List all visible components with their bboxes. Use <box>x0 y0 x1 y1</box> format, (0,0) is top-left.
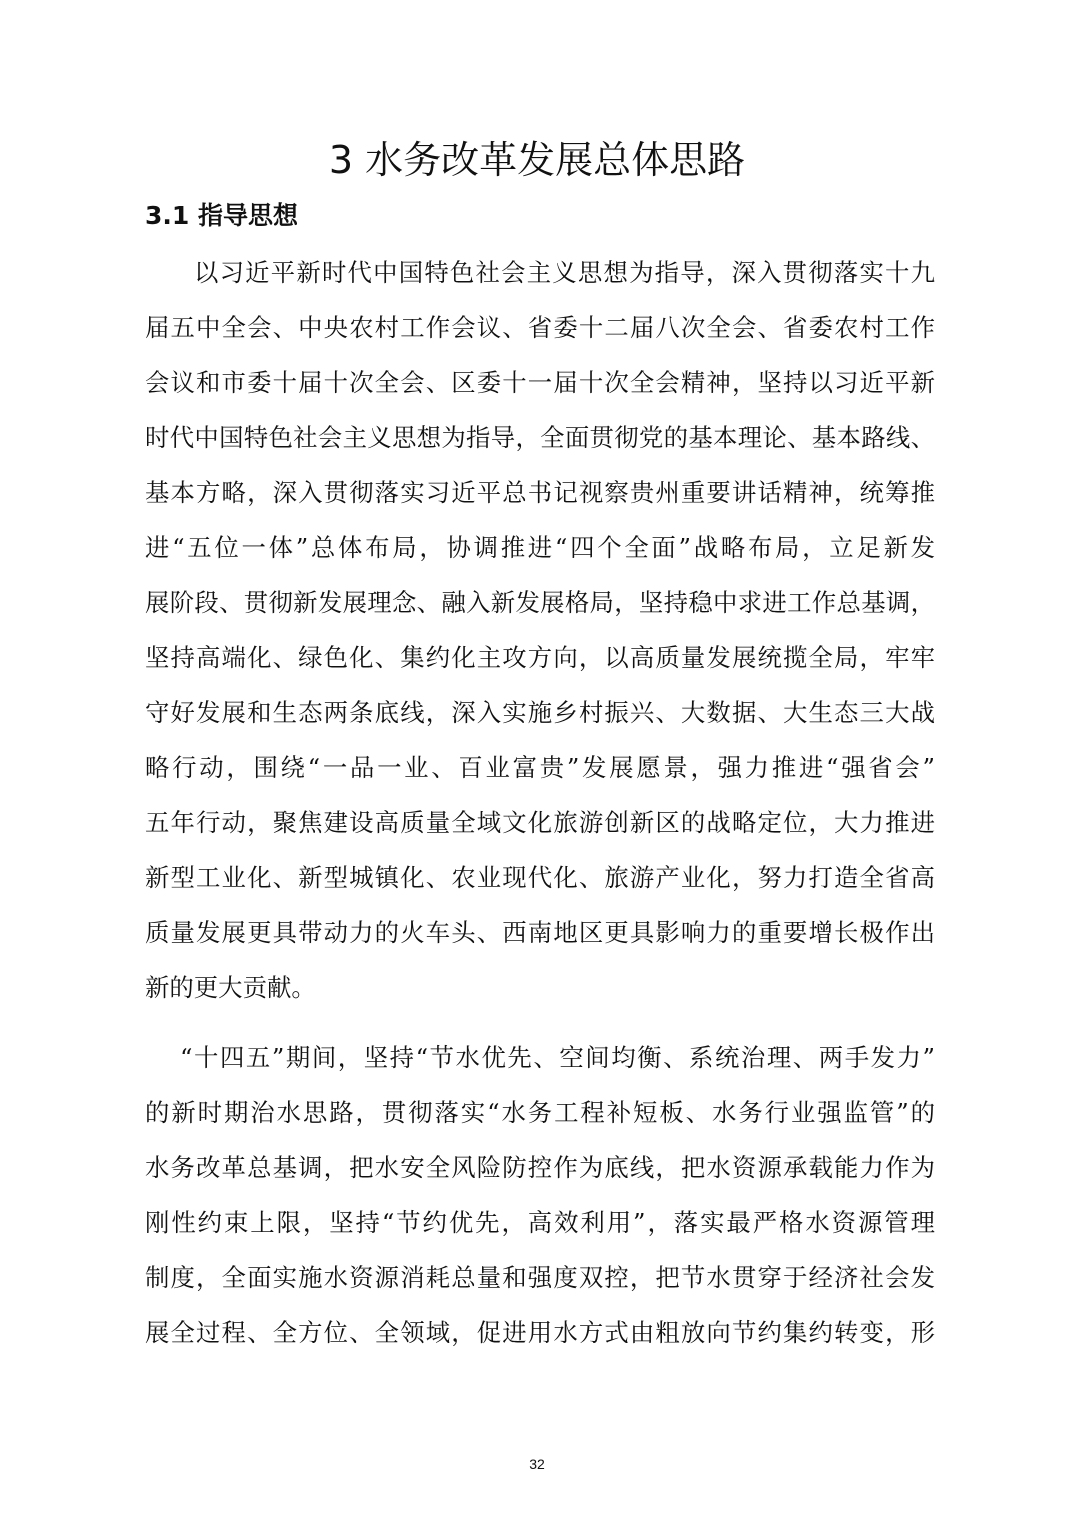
text-line: “十四五”期间，坚持“节水优先、空间均衡、系统治理、两手发力” <box>180 1040 935 1076</box>
text-line: 进“五位一体”总体布局，协调推进“四个全面”战略布局，立足新发 <box>145 530 935 566</box>
text-line: 时代中国特色社会主义思想为指导，全面贯彻党的基本理论、基本路线、 <box>145 420 935 456</box>
text-line: 新的更大贡献。 <box>145 970 935 1006</box>
text-line: 展阶段、贯彻新发展理念、融入新发展格局，坚持稳中求进工作总基调， <box>145 585 935 621</box>
page-number: 32 <box>0 1456 1074 1472</box>
text-line: 略行动，围绕“一品一业、百业富贵”发展愿景，强力推进“强省会” <box>145 750 935 786</box>
text-line: 届五中全会、中央农村工作会议、省委十二届八次全会、省委农村工作 <box>145 310 935 346</box>
text-line: 质量发展更具带动力的火车头、西南地区更具影响力的重要增长极作出 <box>145 915 935 951</box>
text-line: 水务改革总基调，把水安全风险防控作为底线，把水资源承载能力作为 <box>145 1150 935 1186</box>
text-line: 以习近平新时代中国特色社会主义思想为指导，深入贯彻落实十九 <box>194 255 935 291</box>
text-line: 的新时期治水思路，贯彻落实“水务工程补短板、水务行业强监管”的 <box>145 1095 935 1131</box>
text-line: 新型工业化、新型城镇化、农业现代化、旅游产业化，努力打造全省高 <box>145 860 935 896</box>
text-line: 展全过程、全方位、全领域，促进用水方式由粗放向节约集约转变，形 <box>145 1315 935 1351</box>
text-line: 会议和市委十届十次全会、区委十一届十次全会精神，坚持以习近平新 <box>145 365 935 401</box>
section-title: 3.1 指导思想 <box>145 196 298 236</box>
text-line: 守好发展和生态两条底线，深入实施乡村振兴、大数据、大生态三大战 <box>145 695 935 731</box>
text-line: 基本方略，深入贯彻落实习近平总书记视察贵州重要讲话精神，统筹推 <box>145 475 935 511</box>
text-line: 五年行动，聚焦建设高质量全域文化旅游创新区的战略定位，大力推进 <box>145 805 935 841</box>
text-line: 制度，全面实施水资源消耗总量和强度双控，把节水贯穿于经济社会发 <box>145 1260 935 1296</box>
chapter-title: 3 水务改革发展总体思路 <box>0 132 1074 188</box>
text-line: 刚性约束上限，坚持“节约优先，高效利用”，落实最严格水资源管理 <box>145 1205 935 1241</box>
text-line: 坚持高端化、绿色化、集约化主攻方向，以高质量发展统揽全局，牢牢 <box>145 640 935 676</box>
